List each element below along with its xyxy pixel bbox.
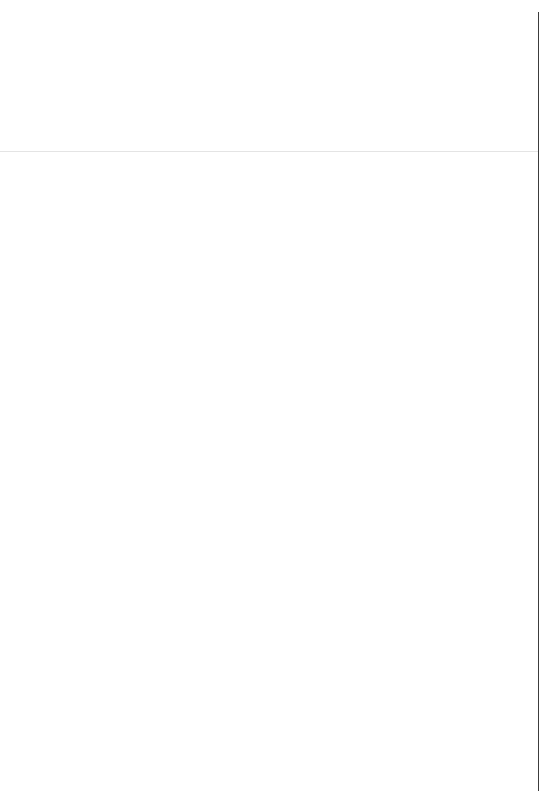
header-separator	[0, 151, 538, 152]
page-edge-rule	[538, 12, 539, 791]
